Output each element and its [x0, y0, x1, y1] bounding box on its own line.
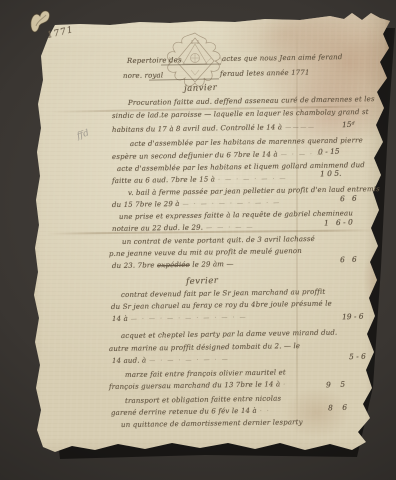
amount-value: 6 6: [340, 255, 357, 265]
header-right-line2: feraud letes année 1771: [220, 69, 310, 78]
amount-value: 9 5: [326, 380, 345, 390]
amount-value: 8 6: [328, 403, 347, 413]
amount-value: 19 - 6: [342, 312, 364, 322]
amount-value: 6 6: [340, 194, 357, 204]
archive-scan-background: 1771 ffd Repertoire des actes que nous J…: [0, 0, 396, 480]
amount-value: 1 6 - 0: [324, 218, 353, 228]
amount-value: 0 - 15: [318, 147, 340, 157]
struck-out-word: expédiée: [157, 261, 190, 270]
amount-value: 15ᵈ: [342, 120, 355, 129]
amount-value: 5 - 6: [349, 352, 366, 362]
vertical-fold-crease: [296, 24, 298, 444]
section-heading-janvier: janvier: [184, 83, 218, 94]
amount-value: 1 0 5.: [320, 169, 342, 179]
section-heading-fevrier: fevrier: [186, 276, 219, 287]
